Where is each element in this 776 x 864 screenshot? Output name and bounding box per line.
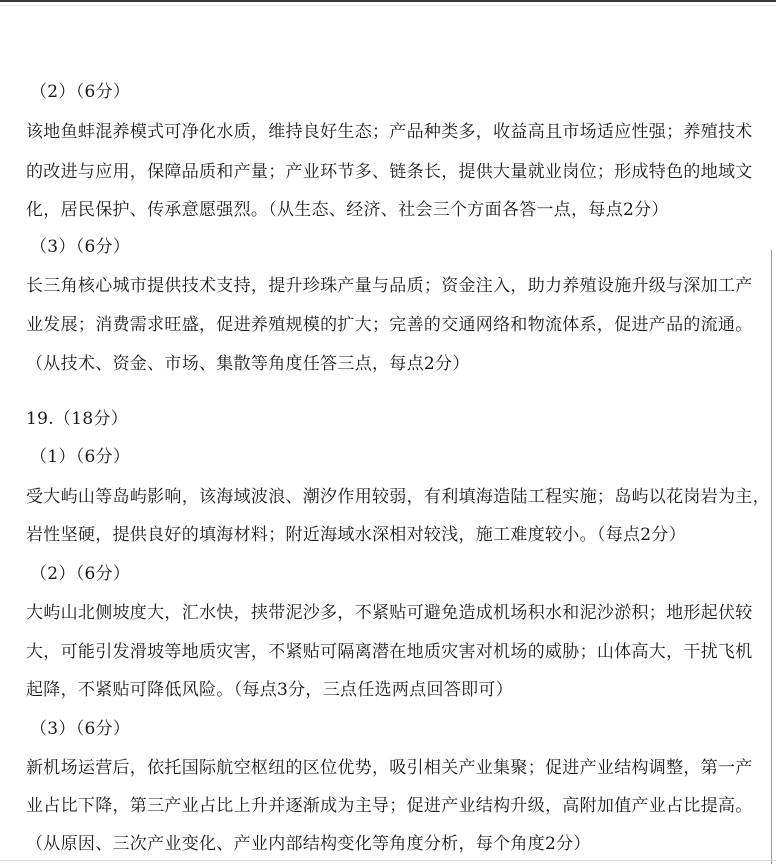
q18-part2-line-3: 化，居民保护、传承意愿强烈。（从生态、经济、社会三个方面各答一点，每点2分）: [26, 199, 669, 221]
q19-part2-line-1: 大屿山北侧坡度大，汇水快，挟带泥沙多，不紧贴可避免造成机场积水和泥沙淤积；地形起…: [26, 602, 753, 624]
q19-part3-line-1: 新机场运营后，依托国际航空枢纽的区位优势，吸引相关产业集聚；促进产业结构调整，第…: [26, 757, 753, 779]
q18-part3-line-3: （从技术、资金、市场、集散等角度任答三点，每点2分）: [26, 353, 470, 375]
q19-part2-line-2: 大，可能引发滑坡等地质灾害，不紧贴可隔离潜在地质灾害对机场的威胁；山体高大，干扰…: [26, 641, 753, 663]
q19-part1-line-1: 受大屿山等岛屿影响，该海域波浪、潮汐作用较弱，有利填海造陆工程实施；岛屿以花岗岩…: [26, 486, 770, 508]
q19-part2-line-3: 起降，不紧贴可降低风险。（每点3分，三点任选两点回答即可）: [26, 679, 513, 701]
q19-part3-line-3: （从原因、三次产业变化、产业内部结构变化等角度分析，每个角度2分）: [26, 833, 591, 855]
q18-part3-line-2: 业发展；消费需求旺盛，促进养殖规模的扩大；完善的交通网络和物流体系，促进产品的流…: [26, 314, 753, 336]
q19-part2-heading: （2）（6分）: [30, 563, 130, 585]
q19-part1-heading: （1）（6分）: [30, 446, 130, 468]
page-top-border: [0, 0, 776, 2]
page-right-margin-rule: [771, 250, 772, 864]
page-bottom-rule: [0, 860, 776, 861]
q19-heading: 19.（18分）: [26, 408, 128, 430]
q19-part1-line-2: 岩性坚硬，提供良好的填海材料；附近海域水深相对较浅，施工难度较小。（每点2分）: [26, 524, 686, 546]
q18-part3-heading: （3）（6分）: [30, 236, 130, 258]
page-top-border-faint: [0, 5, 776, 6]
q18-part3-line-1: 长三角核心城市提供技术支持，提升珍珠产量与品质；资金注入，助力养殖设施升级与深加…: [26, 275, 753, 297]
q18-part2-line-2: 的改进与应用，保障品质和产量；产业环节多、链条长，提供大量就业岗位；形成特色的地…: [26, 161, 753, 183]
q18-part2-line-1: 该地鱼蚌混养模式可净化水质，维持良好生态；产品种类多，收益高且市场适应性强；养殖…: [26, 121, 753, 143]
q19-part3-line-2: 业占比下降，第三产业占比上升并逐渐成为主导；促进产业结构升级，高附加值产业占比提…: [26, 795, 753, 817]
q18-part2-heading: （2）（6分）: [30, 81, 130, 103]
q19-part3-heading: （3）（6分）: [30, 718, 130, 740]
